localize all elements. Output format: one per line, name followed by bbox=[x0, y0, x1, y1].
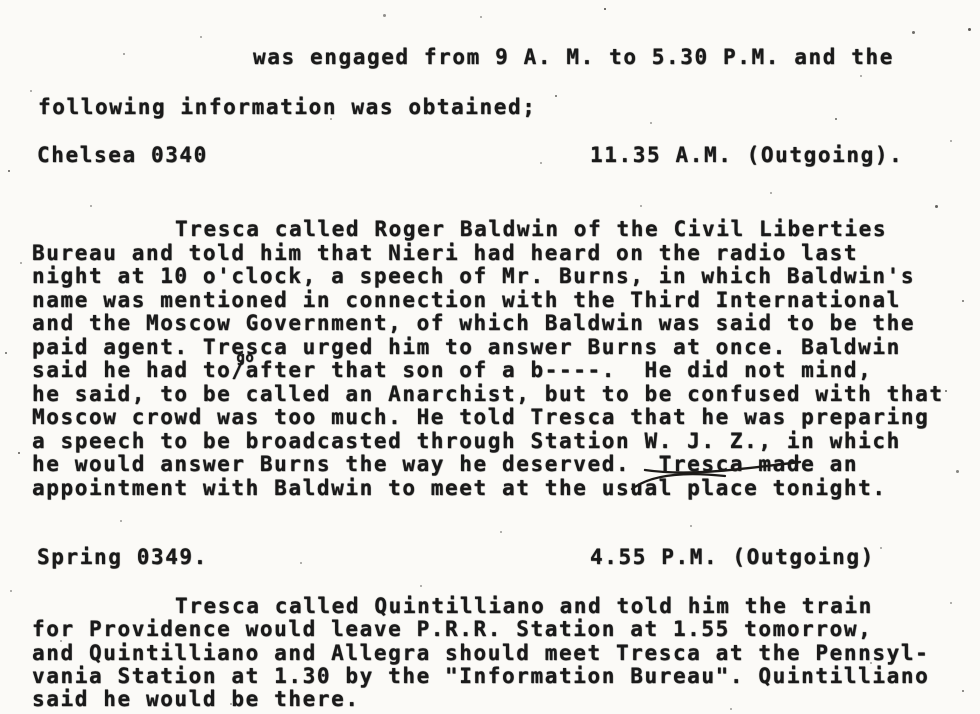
transcript-line: said he would be there. bbox=[32, 688, 972, 711]
transcript-line: Tresca called Quintilliano and told him … bbox=[175, 595, 972, 618]
scan-speck bbox=[5, 352, 7, 354]
scan-speck bbox=[912, 31, 915, 34]
scan-speck bbox=[650, 122, 652, 124]
call-time-label: 4.55 P.M. (Outgoing) bbox=[590, 545, 875, 569]
transcript-line: Bureau and told him that Nieri had heard… bbox=[32, 242, 972, 266]
line-text: said he had to bbox=[32, 358, 231, 382]
transcript-line: Tresca called Roger Baldwin of the Civil… bbox=[175, 218, 972, 242]
scan-speck bbox=[20, 262, 22, 264]
insertion-mark: /go bbox=[231, 359, 245, 383]
transcript-line: paid agent. Tresca urged him to answer B… bbox=[32, 336, 972, 360]
scan-speck bbox=[480, 16, 482, 18]
intro-line: was engaged from 9 A. M. to 5.30 P.M. an… bbox=[253, 45, 894, 69]
scan-speck bbox=[935, 205, 938, 208]
transcript-line: for Providence would leave P.R.R. Statio… bbox=[32, 618, 972, 641]
transcript-line: appointment with Baldwin to meet at the … bbox=[32, 477, 972, 501]
scan-speck bbox=[90, 205, 92, 207]
scan-speck bbox=[200, 36, 202, 38]
scan-speck bbox=[690, 525, 692, 527]
scan-speck bbox=[770, 192, 772, 194]
scan-speck bbox=[120, 520, 122, 522]
scan-speck bbox=[500, 531, 502, 533]
scan-speck bbox=[968, 28, 971, 31]
entry-header: Spring 0349.4.55 P.M. (Outgoing) bbox=[0, 545, 980, 571]
transcript-line: night at 10 o'clock, a speech of Mr. Bur… bbox=[32, 265, 972, 289]
entry-paragraph: Tresca called Quintilliano and told him … bbox=[32, 595, 972, 711]
scan-speck bbox=[383, 14, 386, 17]
scan-speck bbox=[18, 452, 20, 454]
scan-speck bbox=[835, 118, 837, 120]
scan-speck bbox=[420, 585, 422, 587]
transcript-line: Moscow crowd was too much. He told Tresc… bbox=[32, 406, 972, 430]
scan-speck bbox=[30, 90, 32, 92]
transcript-line: he said, to be called an Anarchist, but … bbox=[32, 383, 972, 407]
scan-speck bbox=[950, 140, 952, 142]
entry-header: Chelsea 034011.35 A.M. (Outgoing). bbox=[0, 143, 980, 169]
inserted-word: go bbox=[236, 347, 254, 371]
scan-speck bbox=[10, 590, 12, 592]
transcript-line: he would answer Burns the way he deserve… bbox=[32, 453, 972, 477]
intro-line: following information was obtained; bbox=[38, 95, 537, 119]
scan-speck bbox=[640, 205, 642, 207]
scan-speck bbox=[604, 8, 606, 10]
line-text: after that son of a b----. He did not mi… bbox=[246, 358, 873, 382]
exchange-label: Chelsea 0340 bbox=[37, 143, 208, 167]
scan-speck bbox=[860, 75, 862, 77]
transcript-line: and the Moscow Government, of which Bald… bbox=[32, 312, 972, 336]
transcript-line: name was mentioned in connection with th… bbox=[32, 289, 972, 313]
transcript-line: a speech to be broadcasted through Stati… bbox=[32, 430, 972, 454]
transcript-line: and Quintilliano and Allegra should meet… bbox=[32, 642, 972, 665]
scan-speck bbox=[555, 95, 557, 97]
entry-paragraph: Tresca called Roger Baldwin of the Civil… bbox=[32, 218, 972, 500]
call-time-label: 11.35 A.M. (Outgoing). bbox=[590, 143, 903, 167]
scan-speck bbox=[8, 170, 10, 172]
exchange-label: Spring 0349. bbox=[37, 545, 208, 569]
scan-speck bbox=[123, 53, 125, 55]
transcript-line: said he had to/goafter that son of a b--… bbox=[32, 359, 972, 383]
transcript-line: vania Station at 1.30 by the "Informatio… bbox=[32, 665, 972, 688]
scanned-document-page: was engaged from 9 A. M. to 5.30 P.M. an… bbox=[0, 0, 980, 714]
